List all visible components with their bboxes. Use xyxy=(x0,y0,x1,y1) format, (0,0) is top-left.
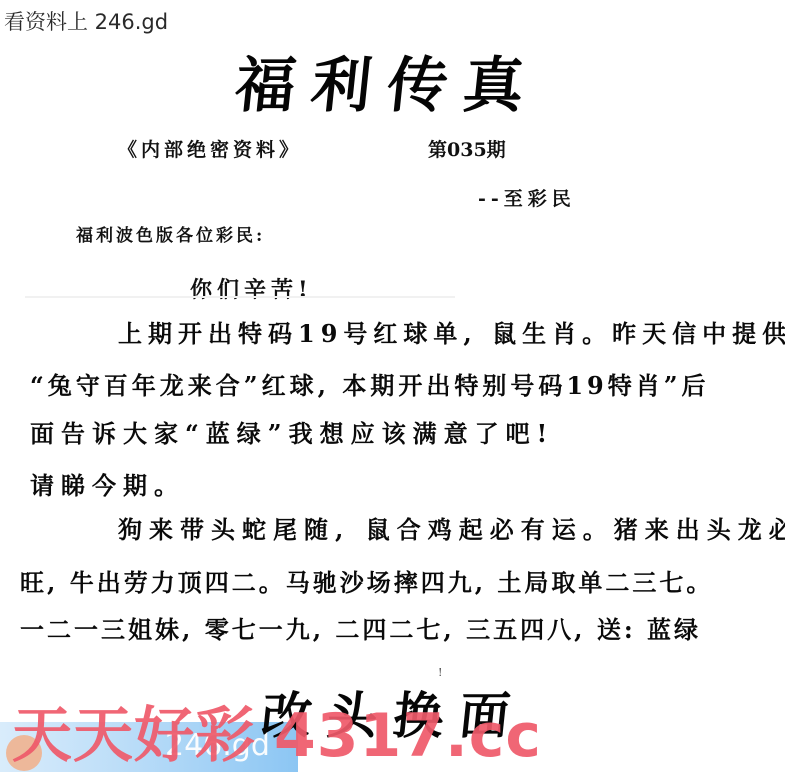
greeting: 你们辛苦! xyxy=(190,273,313,304)
body-line: 面告诉大家“蓝绿”我想应该满意了吧! xyxy=(30,414,554,449)
divider xyxy=(25,296,455,298)
salutation: 福利波色版各位彩民: xyxy=(76,221,265,246)
red-watermark-brand: 天天好彩 xyxy=(12,701,256,771)
body-line: 上期开出特码19号红球单, 鼠生肖。昨天信中提供 xyxy=(118,314,785,349)
signature: --至彩民 xyxy=(478,184,576,211)
body-line: 一二一三姐妹, 零七一九, 二四二七, 三五四八, 送: 蓝绿 xyxy=(20,610,701,645)
body-line: “兔守百年龙来合”红球, 本期开出特别号码19特肖”后 xyxy=(30,366,710,401)
document-subtitle: 《内部绝密资料》 xyxy=(118,135,302,162)
document-title: 福利传真 xyxy=(231,38,544,124)
red-watermark-domain: 4317.cc xyxy=(274,701,542,771)
body-line: 旺, 牛出劳力顶四二。马驰沙场摔四九, 土局取单二三七。 xyxy=(20,563,713,598)
site-watermark-top: 看资料上 246.gd xyxy=(4,6,168,36)
red-watermark: 天天好彩4317.cc xyxy=(12,688,542,772)
body-line: 狗来带头蛇尾随, 鼠合鸡起必有运。猪来出头龙必 xyxy=(118,510,785,545)
issue-number: 第035期 xyxy=(428,135,506,162)
body-line: 请睇今期。 xyxy=(30,466,185,501)
